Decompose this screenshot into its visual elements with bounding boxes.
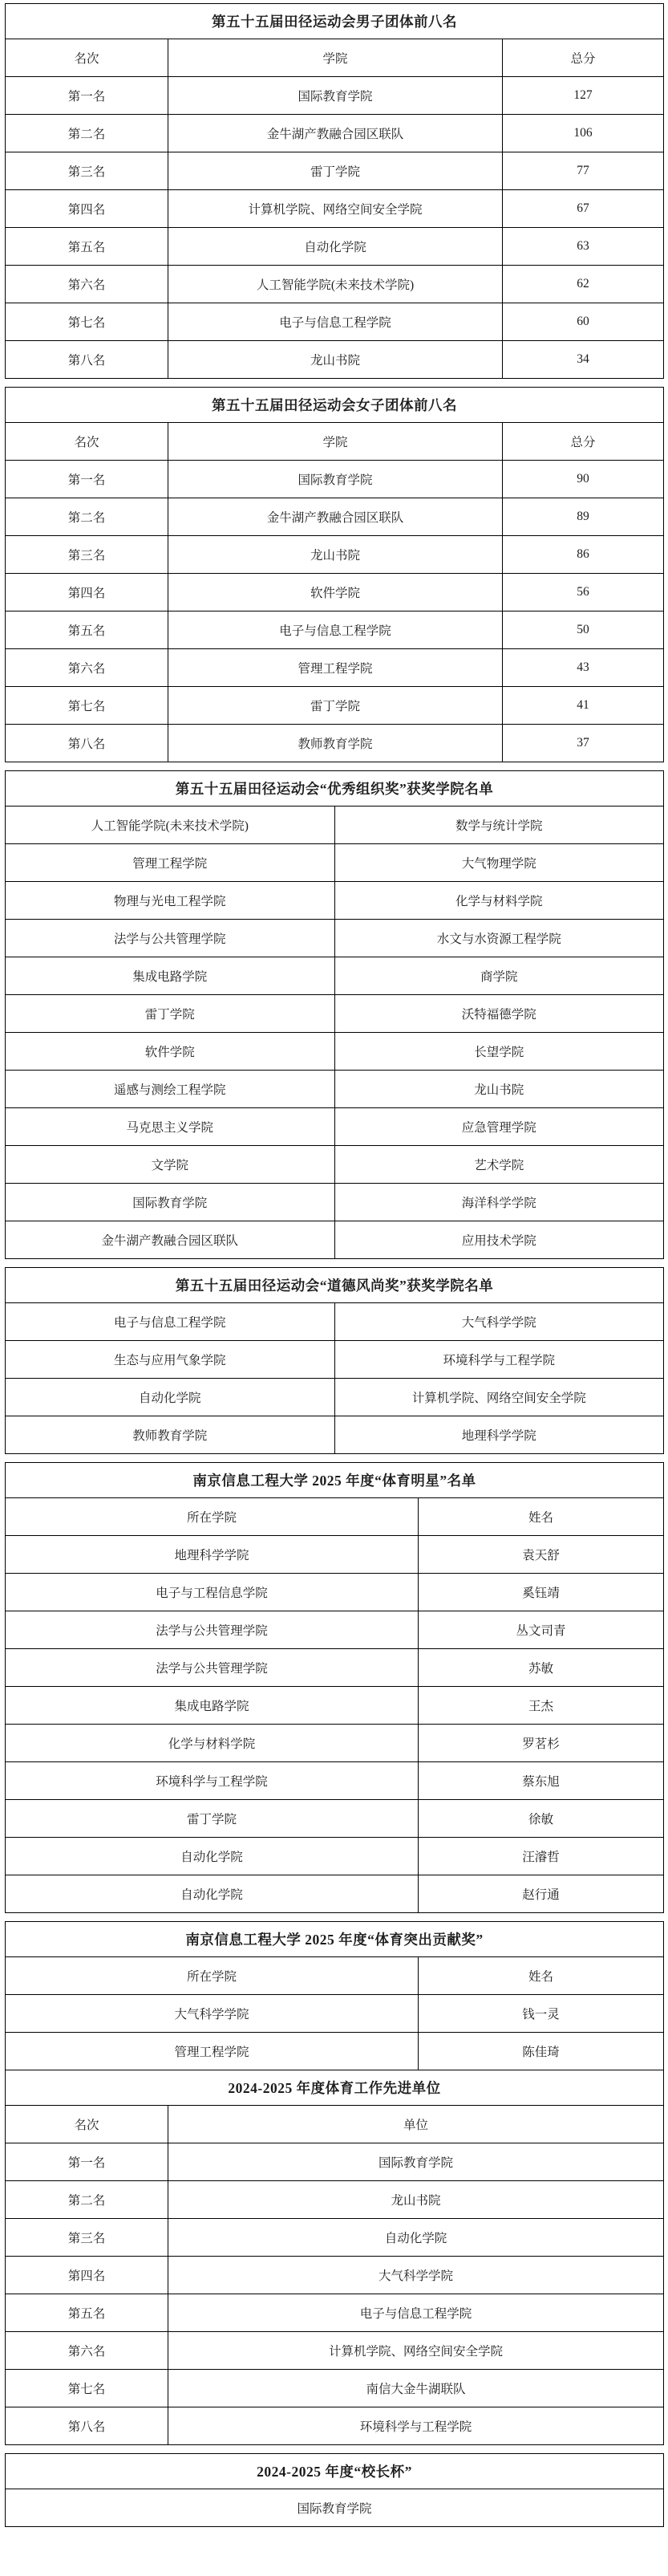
table-cell: 第三名	[6, 2218, 168, 2256]
table-cell: 法学与公共管理学院	[6, 1611, 419, 1649]
table-row: 教师教育学院地理科学学院	[6, 1416, 664, 1454]
table-cell: 国际教育学院	[6, 2489, 664, 2526]
table-row: 第四名计算机学院、网络空间安全学院67	[6, 190, 664, 228]
table-cell: 计算机学院、网络空间安全学院	[168, 190, 503, 228]
table-row: 集成电路学院王杰	[6, 1687, 664, 1725]
table-cell: 罗茗杉	[419, 1725, 664, 1762]
table-row: 遥感与测绘工程学院龙山书院	[6, 1071, 664, 1108]
table-cell: 法学与公共管理学院	[6, 920, 335, 957]
table-row: 第七名电子与信息工程学院60	[6, 303, 664, 341]
table-cell: 自动化学院	[168, 228, 503, 266]
table-cell: 第八名	[6, 725, 168, 762]
table-cell: 艺术学院	[334, 1146, 664, 1184]
table-cell: 第一名	[6, 77, 168, 115]
table-row: 大气科学学院钱一灵	[6, 1995, 664, 2033]
table-row: 第六名计算机学院、网络空间安全学院	[6, 2331, 664, 2369]
table-cell: 60	[503, 303, 664, 341]
table-title: 南京信息工程大学 2025 年度“体育突出贡献奖”	[6, 1922, 664, 1957]
table-cell: 金牛湖产教融合园区联队	[168, 498, 503, 536]
table-title: 2024-2025 年度体育工作先进单位	[6, 2070, 664, 2105]
table-row: 第五名电子与信息工程学院50	[6, 611, 664, 649]
sportsmanship-award-table: 第五十五届田径运动会“道德风尚奖”获奖学院名单 电子与信息工程学院大气科学学院生…	[5, 1267, 664, 1454]
table-cell: 106	[503, 115, 664, 152]
table-cell: 计算机学院、网络空间安全学院	[334, 1379, 664, 1416]
table-cell: 第二名	[6, 498, 168, 536]
table-title: 第五十五届田径运动会“道德风尚奖”获奖学院名单	[6, 1268, 664, 1303]
table-cell: 生态与应用气象学院	[6, 1341, 335, 1379]
table-cell: 第五名	[6, 611, 168, 649]
table-cell: 大气科学学院	[6, 1995, 419, 2033]
table-cell: 第四名	[6, 2256, 168, 2294]
table-cell: 化学与材料学院	[6, 1725, 419, 1762]
table-row: 自动化学院汪濬哲	[6, 1838, 664, 1875]
table-cell: 自动化学院	[6, 1379, 335, 1416]
table-cell: 56	[503, 574, 664, 611]
table-cell: 马克思主义学院	[6, 1108, 335, 1146]
table-cell: 第七名	[6, 687, 168, 725]
table-cell: 127	[503, 77, 664, 115]
table-cell: 第二名	[6, 2180, 168, 2218]
table-row: 第八名教师教育学院37	[6, 725, 664, 762]
table-cell: 丛文司青	[419, 1611, 664, 1649]
column-header-college: 所在学院	[6, 1957, 419, 1995]
table-cell: 环境科学与工程学院	[6, 1762, 419, 1800]
table-header-row: 名次 单位	[6, 2105, 664, 2143]
table-cell: 大气物理学院	[334, 844, 664, 882]
table-cell: 钱一灵	[419, 1995, 664, 2033]
table-cell: 第六名	[6, 2331, 168, 2369]
column-header-score: 总分	[503, 423, 664, 461]
table-cell: 50	[503, 611, 664, 649]
table-cell: 管理工程学院	[6, 844, 335, 882]
table-cell: 王杰	[419, 1687, 664, 1725]
table-cell: 商学院	[334, 957, 664, 995]
table-cell: 龙山书院	[168, 2180, 664, 2218]
column-header-rank: 名次	[6, 2105, 168, 2143]
table-row: 管理工程学院陈佳琦	[6, 2033, 664, 2070]
table-cell: 金牛湖产教融合园区联队	[168, 115, 503, 152]
table-row: 第六名管理工程学院43	[6, 649, 664, 687]
table-title: 第五十五届田径运动会“优秀组织奖”获奖学院名单	[6, 771, 664, 807]
table-cell: 第六名	[6, 266, 168, 303]
table-row: 生态与应用气象学院环境科学与工程学院	[6, 1341, 664, 1379]
table-row: 电子与工程信息学院奚钰靖	[6, 1574, 664, 1611]
table-cell: 电子与工程信息学院	[6, 1574, 419, 1611]
table-row: 第五名电子与信息工程学院	[6, 2294, 664, 2331]
table-cell: 集成电路学院	[6, 957, 335, 995]
principal-cup-table: 2024-2025 年度“校长杯” 国际教育学院	[5, 2453, 664, 2527]
table-cell: 第八名	[6, 2407, 168, 2444]
table-cell: 地理科学学院	[334, 1416, 664, 1454]
column-header-name: 姓名	[419, 1498, 664, 1536]
table-cell: 雷丁学院	[6, 995, 335, 1033]
table-cell: 物理与光电工程学院	[6, 882, 335, 920]
table-cell: 自动化学院	[6, 1838, 419, 1875]
table-row: 第一名国际教育学院	[6, 2143, 664, 2180]
table-cell: 大气科学学院	[334, 1303, 664, 1341]
table-cell: 第一名	[6, 2143, 168, 2180]
table-title-row: 南京信息工程大学 2025 年度“体育明星”名单	[6, 1463, 664, 1498]
table-title-row: 南京信息工程大学 2025 年度“体育突出贡献奖”	[6, 1922, 664, 1957]
table-cell: 南信大金牛湖联队	[168, 2369, 664, 2407]
table-cell: 雷丁学院	[6, 1800, 419, 1838]
table-cell: 计算机学院、网络空间安全学院	[168, 2331, 664, 2369]
advanced-sports-unit-table: 2024-2025 年度体育工作先进单位 名次 单位 第一名国际教育学院第二名龙…	[5, 2070, 664, 2445]
table-cell: 管理工程学院	[168, 649, 503, 687]
column-header-rank: 名次	[6, 39, 168, 77]
table-cell: 沃特福德学院	[334, 995, 664, 1033]
table-title-row: 2024-2025 年度“校长杯”	[6, 2453, 664, 2489]
table-cell: 第三名	[6, 152, 168, 190]
table-cell: 41	[503, 687, 664, 725]
table-title-row: 2024-2025 年度体育工作先进单位	[6, 2070, 664, 2105]
table-cell: 化学与材料学院	[334, 882, 664, 920]
sports-star-table: 南京信息工程大学 2025 年度“体育明星”名单 所在学院 姓名 地理科学学院袁…	[5, 1462, 664, 1913]
women-team-top8-table: 第五十五届田径运动会女子团体前八名 名次 学院 总分 第一名国际教育学院90第二…	[5, 387, 664, 762]
table-title-row: 第五十五届田径运动会“道德风尚奖”获奖学院名单	[6, 1268, 664, 1303]
table-title: 第五十五届田径运动会女子团体前八名	[6, 388, 664, 423]
table-cell: 法学与公共管理学院	[6, 1649, 419, 1687]
table-cell: 地理科学学院	[6, 1536, 419, 1574]
table-cell: 电子与信息工程学院	[168, 611, 503, 649]
table-cell: 37	[503, 725, 664, 762]
sports-contribution-award-table: 南京信息工程大学 2025 年度“体育突出贡献奖” 所在学院 姓名 大气科学学院…	[5, 1921, 664, 2070]
table-cell: 人工智能学院(未来技术学院)	[6, 807, 335, 844]
table-cell: 应急管理学院	[334, 1108, 664, 1146]
table-row: 第一名国际教育学院90	[6, 461, 664, 498]
table-cell: 汪濬哲	[419, 1838, 664, 1875]
table-row: 金牛湖产教融合园区联队应用技术学院	[6, 1221, 664, 1259]
table-row: 人工智能学院(未来技术学院)数学与统计学院	[6, 807, 664, 844]
table-cell: 陈佳琦	[419, 2033, 664, 2070]
table-cell: 第二名	[6, 115, 168, 152]
table-cell: 67	[503, 190, 664, 228]
table-cell: 电子与信息工程学院	[168, 303, 503, 341]
table-cell: 管理工程学院	[6, 2033, 419, 2070]
table-row: 化学与材料学院罗茗杉	[6, 1725, 664, 1762]
men-team-top8-table: 第五十五届田径运动会男子团体前八名 名次 学院 总分 第一名国际教育学院127第…	[5, 3, 664, 379]
column-header-unit: 单位	[168, 2105, 664, 2143]
table-row: 第二名龙山书院	[6, 2180, 664, 2218]
table-row: 第八名环境科学与工程学院	[6, 2407, 664, 2444]
table-cell: 教师教育学院	[168, 725, 503, 762]
table-row: 第二名金牛湖产教融合园区联队106	[6, 115, 664, 152]
table-row: 法学与公共管理学院水文与水资源工程学院	[6, 920, 664, 957]
table-cell: 34	[503, 341, 664, 379]
table-cell: 数学与统计学院	[334, 807, 664, 844]
table-cell: 集成电路学院	[6, 1687, 419, 1725]
table-cell: 第四名	[6, 574, 168, 611]
table-row: 第五名自动化学院63	[6, 228, 664, 266]
table-cell: 国际教育学院	[168, 461, 503, 498]
table-cell: 第五名	[6, 2294, 168, 2331]
table-cell: 水文与水资源工程学院	[334, 920, 664, 957]
table-cell: 应用技术学院	[334, 1221, 664, 1259]
table-cell: 龙山书院	[168, 536, 503, 574]
table-row: 第三名雷丁学院77	[6, 152, 664, 190]
table-cell: 第三名	[6, 536, 168, 574]
table-title: 2024-2025 年度“校长杯”	[6, 2453, 664, 2489]
table-cell: 赵行通	[419, 1875, 664, 1913]
table-cell: 第四名	[6, 190, 168, 228]
table-cell: 国际教育学院	[6, 1184, 335, 1221]
table-cell: 文学院	[6, 1146, 335, 1184]
column-header-score: 总分	[503, 39, 664, 77]
column-header-name: 姓名	[419, 1957, 664, 1995]
table-row: 国际教育学院海洋科学学院	[6, 1184, 664, 1221]
table-cell: 袁天舒	[419, 1536, 664, 1574]
table-cell: 43	[503, 649, 664, 687]
table-cell: 第一名	[6, 461, 168, 498]
table-cell: 人工智能学院(未来技术学院)	[168, 266, 503, 303]
table-cell: 蔡东旭	[419, 1762, 664, 1800]
table-cell: 国际教育学院	[168, 77, 503, 115]
table-cell: 77	[503, 152, 664, 190]
table-row: 软件学院长望学院	[6, 1033, 664, 1071]
table-row: 第一名国际教育学院127	[6, 77, 664, 115]
table-cell: 大气科学学院	[168, 2256, 664, 2294]
table-row: 马克思主义学院应急管理学院	[6, 1108, 664, 1146]
table-header-row: 所在学院 姓名	[6, 1498, 664, 1536]
table-cell: 电子与信息工程学院	[6, 1303, 335, 1341]
table-title-row: 第五十五届田径运动会男子团体前八名	[6, 4, 664, 39]
table-cell: 90	[503, 461, 664, 498]
table-row: 第六名人工智能学院(未来技术学院)62	[6, 266, 664, 303]
table-cell: 龙山书院	[168, 341, 503, 379]
table-row: 地理科学学院袁天舒	[6, 1536, 664, 1574]
awards-document: 第五十五届田径运动会男子团体前八名 名次 学院 总分 第一名国际教育学院127第…	[5, 0, 663, 2527]
table-cell: 电子与信息工程学院	[168, 2294, 664, 2331]
table-cell: 海洋科学学院	[334, 1184, 664, 1221]
table-row: 自动化学院计算机学院、网络空间安全学院	[6, 1379, 664, 1416]
excellent-organization-award-table: 第五十五届田径运动会“优秀组织奖”获奖学院名单 人工智能学院(未来技术学院)数学…	[5, 770, 664, 1259]
table-cell: 自动化学院	[6, 1875, 419, 1913]
table-title-row: 第五十五届田径运动会女子团体前八名	[6, 388, 664, 423]
table-cell: 龙山书院	[334, 1071, 664, 1108]
table-row: 第七名雷丁学院41	[6, 687, 664, 725]
table-row: 第二名金牛湖产教融合园区联队89	[6, 498, 664, 536]
table-title: 第五十五届田径运动会男子团体前八名	[6, 4, 664, 39]
table-row: 第四名软件学院56	[6, 574, 664, 611]
table-row: 文学院艺术学院	[6, 1146, 664, 1184]
table-cell: 环境科学与工程学院	[334, 1341, 664, 1379]
column-header-college: 学院	[168, 39, 503, 77]
table-cell: 教师教育学院	[6, 1416, 335, 1454]
table-cell: 徐敏	[419, 1800, 664, 1838]
table-row: 集成电路学院商学院	[6, 957, 664, 995]
table-cell: 软件学院	[168, 574, 503, 611]
table-cell: 62	[503, 266, 664, 303]
table-cell: 奚钰靖	[419, 1574, 664, 1611]
column-header-rank: 名次	[6, 423, 168, 461]
table-row: 雷丁学院沃特福德学院	[6, 995, 664, 1033]
table-cell: 第七名	[6, 303, 168, 341]
table-row: 第八名龙山书院34	[6, 341, 664, 379]
table-cell: 第五名	[6, 228, 168, 266]
table-row: 管理工程学院大气物理学院	[6, 844, 664, 882]
table-row: 第三名龙山书院86	[6, 536, 664, 574]
table-cell: 软件学院	[6, 1033, 335, 1071]
table-row: 物理与光电工程学院化学与材料学院	[6, 882, 664, 920]
table-title: 南京信息工程大学 2025 年度“体育明星”名单	[6, 1463, 664, 1498]
table-row: 法学与公共管理学院苏敏	[6, 1649, 664, 1687]
table-cell: 雷丁学院	[168, 152, 503, 190]
table-row: 雷丁学院徐敏	[6, 1800, 664, 1838]
column-header-college: 学院	[168, 423, 503, 461]
table-row: 第七名南信大金牛湖联队	[6, 2369, 664, 2407]
table-row: 第三名自动化学院	[6, 2218, 664, 2256]
table-row: 自动化学院赵行通	[6, 1875, 664, 1913]
table-row: 国际教育学院	[6, 2489, 664, 2526]
table-header-row: 所在学院 姓名	[6, 1957, 664, 1995]
table-row: 环境科学与工程学院蔡东旭	[6, 1762, 664, 1800]
table-row: 电子与信息工程学院大气科学学院	[6, 1303, 664, 1341]
table-cell: 环境科学与工程学院	[168, 2407, 664, 2444]
table-cell: 雷丁学院	[168, 687, 503, 725]
table-header-row: 名次 学院 总分	[6, 39, 664, 77]
table-cell: 第七名	[6, 2369, 168, 2407]
table-cell: 第八名	[6, 341, 168, 379]
table-header-row: 名次 学院 总分	[6, 423, 664, 461]
table-row: 第四名大气科学学院	[6, 2256, 664, 2294]
table-cell: 63	[503, 228, 664, 266]
table-cell: 第六名	[6, 649, 168, 687]
table-cell: 金牛湖产教融合园区联队	[6, 1221, 335, 1259]
table-cell: 86	[503, 536, 664, 574]
table-cell: 国际教育学院	[168, 2143, 664, 2180]
table-cell: 遥感与测绘工程学院	[6, 1071, 335, 1108]
table-cell: 自动化学院	[168, 2218, 664, 2256]
table-cell: 89	[503, 498, 664, 536]
column-header-college: 所在学院	[6, 1498, 419, 1536]
table-row: 法学与公共管理学院丛文司青	[6, 1611, 664, 1649]
table-cell: 长望学院	[334, 1033, 664, 1071]
table-cell: 苏敏	[419, 1649, 664, 1687]
table-title-row: 第五十五届田径运动会“优秀组织奖”获奖学院名单	[6, 771, 664, 807]
